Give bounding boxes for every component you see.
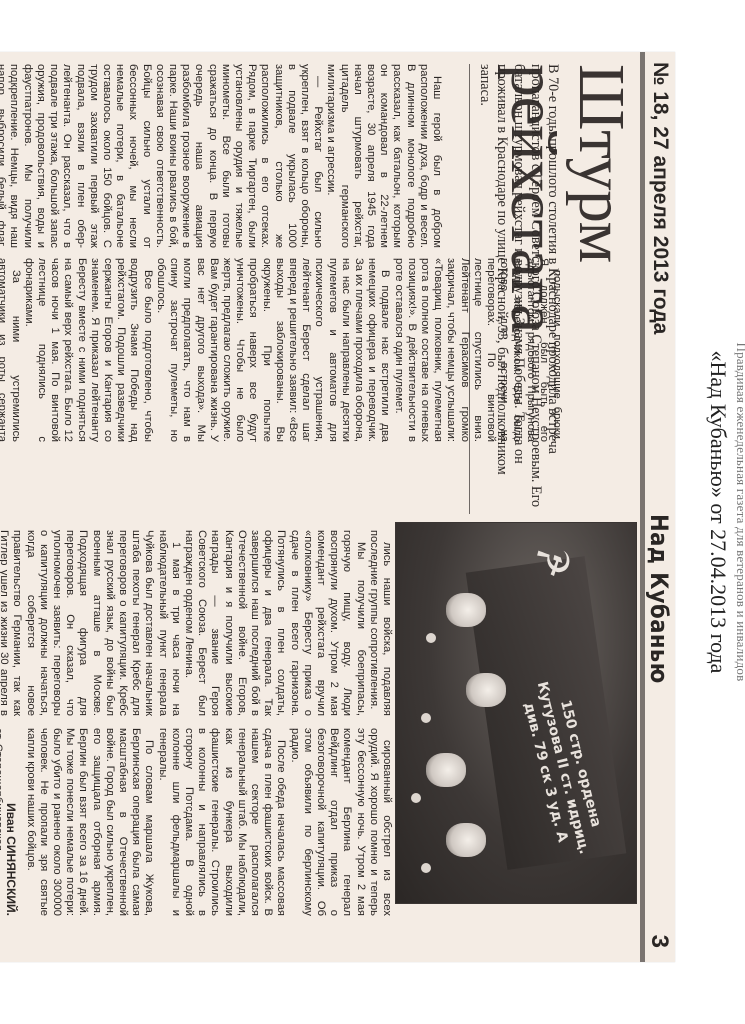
newspaper-subtitle: Правдивая еженедельная газета для ветера… — [733, 0, 745, 1024]
medal-icon — [421, 863, 431, 873]
page-header: № 18, 27 апреля 2013 года Над Кубанью 3 — [640, 52, 675, 962]
medal-icon — [426, 633, 436, 643]
paragraph: Наш герой был в добром расположении духа… — [324, 64, 443, 248]
newspaper-page: Правдивая еженедельная газета для ветера… — [0, 0, 745, 1024]
article-column-2: подыскали подходящие брюки. Я должен был… — [0, 258, 563, 442]
article-author: Иван СИНЯНСКИЙ. — [4, 728, 17, 916]
masthead: Над Кубанью — [645, 514, 673, 684]
paragraph: Мы получили боеприпасы, горячую пищу, во… — [182, 530, 367, 716]
page-number: 3 — [645, 935, 673, 948]
article-photo: ☭ 150 стр. ордена Кутузова II ст. идриц.… — [395, 522, 637, 904]
medal-icon — [421, 713, 431, 723]
paragraph: сированный обстрел из всех орудий. Я хор… — [287, 728, 393, 916]
paragraph: В подвале нас встретили два немецких офи… — [154, 258, 392, 442]
paragraph: подыскали подходящие брюки. Я должен был… — [391, 258, 563, 442]
newspaper-clipping: № 18, 27 апреля 2013 года Над Кубанью 3 … — [0, 52, 675, 962]
soldier-face — [446, 823, 486, 857]
paragraph: После обеда началась массовая сдача в пл… — [155, 728, 287, 916]
paragraph: За ними устремились автоматчики из роты … — [0, 258, 22, 442]
paragraph: По словам маршала Жукова, Берлинская опе… — [23, 728, 155, 916]
soldier-face — [426, 753, 466, 787]
article-column-3: лись наши войска, подавляя последние гру… — [0, 530, 393, 716]
paragraph: лись наши войска, подавляя последние гру… — [367, 530, 393, 716]
issue-date: № 18, 27 апреля 2013 года — [648, 62, 672, 334]
clipping-caption: Правдивая еженедельная газета для ветера… — [683, 0, 745, 1024]
soldier-face — [466, 673, 506, 707]
source-caption: «Над Кубанью» от 27.04.2013 года — [705, 0, 731, 1024]
paragraph: Все было подготовлено, чтобы водрузить З… — [22, 258, 154, 442]
medal-icon — [411, 793, 421, 803]
paragraph: — Рейхстаг был сильно укреплен, взят в к… — [0, 64, 324, 248]
article-column-4: сированный обстрел из всех орудий. Я хор… — [0, 728, 393, 916]
paragraph: 1 мая в три часа ночи на наблюдательный … — [0, 530, 182, 716]
article-column-1: Наш герой был в добром расположении духа… — [0, 64, 443, 248]
soldier-face — [446, 593, 486, 627]
